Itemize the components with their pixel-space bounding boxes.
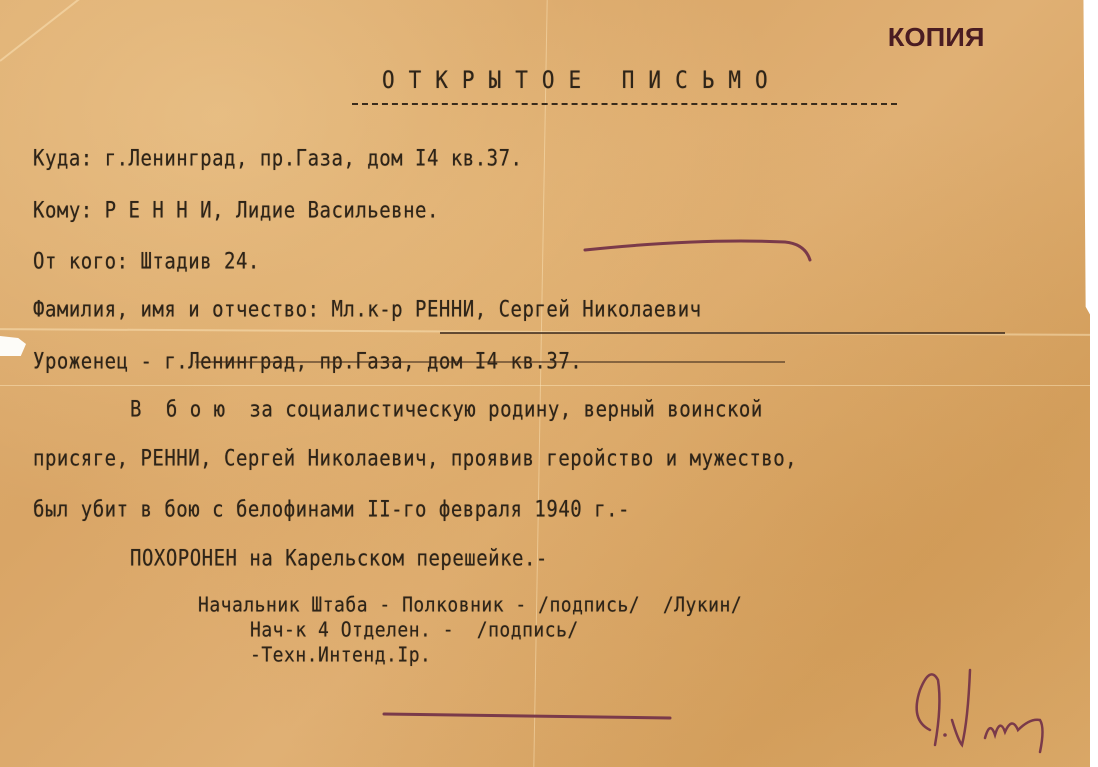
copy-stamp: КОПИЯ — [888, 22, 985, 53]
handwritten-signature — [890, 660, 1060, 760]
field-address: Куда: г.Ленинград, пр.Газа, дом I4 кв.37… — [33, 146, 523, 171]
birthplace-strikethrough — [195, 361, 785, 363]
body-line: был убит в бою с белофинами II-го феврал… — [33, 497, 630, 522]
title-underline — [352, 103, 897, 105]
body-line: присяге, РЕННИ, Сергей Николаевич, прояв… — [33, 446, 797, 471]
signature-line-dept-head: Нач-к 4 Отделен. - /подпись/ — [250, 618, 579, 642]
body-line: В б о ю за социалистическую родину, верн… — [130, 397, 763, 422]
field-sender: От кого: Штадив 24. — [33, 249, 260, 274]
signature-line-chief-of-staff: Начальник Штаба - Полковник - /подпись/ … — [198, 593, 742, 617]
letter-paper: КОПИЯ ОТКРЫТОЕ ПИСЬМО Куда: г.Ленинград,… — [0, 0, 1090, 767]
document-title: ОТКРЫТОЕ ПИСЬМО — [382, 66, 782, 94]
pen-underline-bottom — [380, 705, 680, 725]
field-recipient: Кому: Р Е Н Н И, Лидие Васильевне. — [33, 198, 439, 223]
pen-stroke-top — [580, 232, 820, 272]
paper-crease — [0, 0, 111, 62]
full-name-underline — [440, 332, 1005, 334]
paper-tear — [0, 336, 26, 356]
paper-crease — [0, 385, 1090, 386]
signature-line-rank: -Техн.Интенд.Iр. — [250, 643, 431, 667]
paper-crease — [533, 0, 547, 767]
burial-note: ПОХОРОНЕН на Карельском перешейке.- — [130, 546, 548, 571]
field-full-name: Фамилия, имя и отчество: Мл.к-р РЕННИ, С… — [33, 297, 702, 322]
